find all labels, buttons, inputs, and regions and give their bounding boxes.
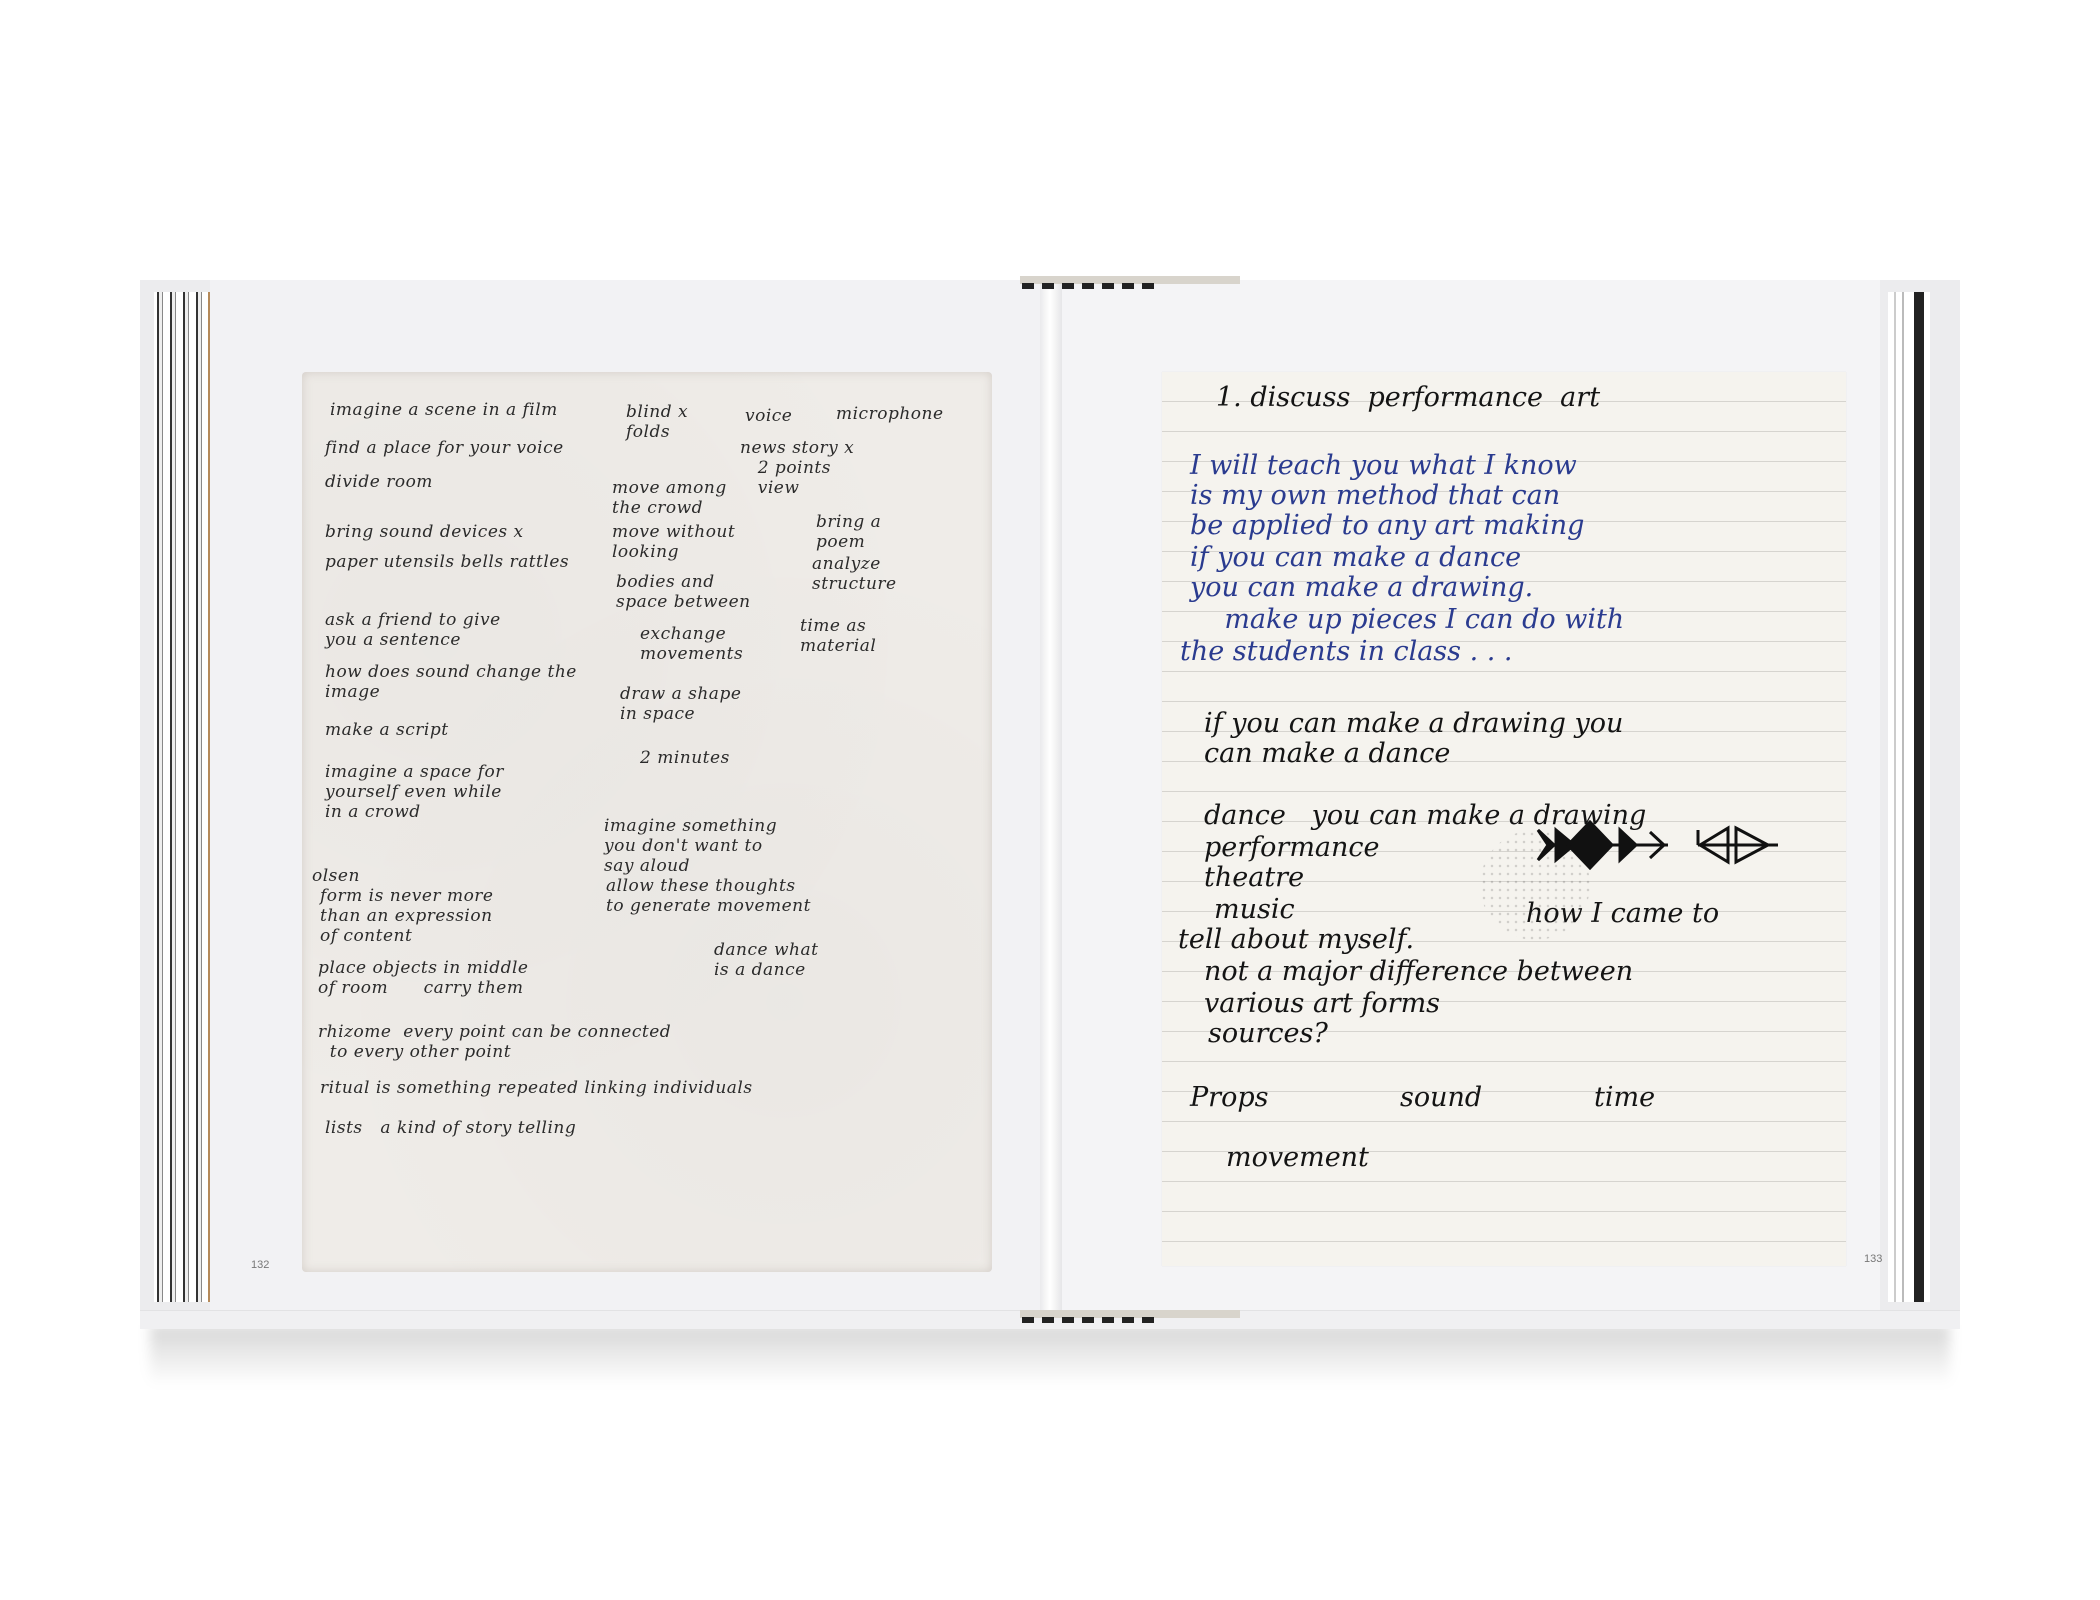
book-gutter — [1040, 280, 1062, 1310]
handwritten-line: 1. discuss performance art — [1216, 382, 1600, 413]
handwritten-line: music — [1214, 894, 1295, 925]
book-shadow — [150, 1325, 1950, 1385]
handwritten-line: tell about myself. — [1178, 924, 1414, 955]
handwritten-note: rhizome every point can be connected to … — [318, 1022, 671, 1062]
handwritten-note: analyze structure — [812, 554, 897, 594]
handwritten-note: ritual is something repeated linking ind… — [320, 1078, 753, 1098]
handwritten-note: imagine a space for yourself even while … — [325, 762, 504, 822]
spine-headband-top — [1020, 276, 1240, 284]
handwritten-note: bring a poem — [816, 512, 881, 552]
handwritten-note: move among the crowd — [612, 478, 727, 518]
handwritten-note: 2 minutes — [640, 748, 730, 768]
handwritten-note: draw a shape in space — [620, 684, 741, 724]
handwritten-line: make up pieces I can do with — [1190, 604, 1624, 635]
spine-headband-bottom — [1020, 1310, 1240, 1318]
handwritten-line: performance — [1204, 832, 1380, 863]
right-page-edges — [1888, 292, 1930, 1302]
handwritten-note: dance what is a dance — [714, 940, 818, 980]
handwritten-line: not a major difference between — [1204, 956, 1633, 987]
handwritten-note: ask a friend to give you a sentence — [325, 610, 501, 650]
handwritten-line: movement — [1226, 1142, 1369, 1173]
handwritten-line: the students in class . . . — [1180, 636, 1513, 667]
handwritten-line: sources? — [1208, 1018, 1328, 1049]
handwritten-line: be applied to any art making — [1190, 510, 1584, 541]
handwritten-line: sound — [1400, 1082, 1482, 1113]
left-page-edges — [154, 292, 212, 1302]
handwritten-line: theatre — [1204, 862, 1304, 893]
handwritten-note: bring sound devices x — [325, 522, 524, 542]
handwritten-line: Props — [1190, 1082, 1268, 1113]
page-number-left: 132 — [251, 1259, 269, 1271]
handwritten-note: olsen — [312, 866, 360, 886]
handwritten-note: form is never more than an expression of… — [320, 886, 494, 946]
handwritten-note: microphone — [836, 404, 944, 424]
handwritten-note: place objects in middle of room carry th… — [318, 958, 528, 998]
handwritten-line: if you can make a dance — [1190, 542, 1521, 573]
handwritten-note: divide room — [325, 472, 433, 492]
handwritten-note: voice — [745, 406, 792, 426]
handwritten-line: you can make a drawing. — [1190, 572, 1533, 603]
handwritten-note: move without looking — [612, 522, 735, 562]
page-number-right: 133 — [1864, 1253, 1882, 1265]
handwritten-line: can make a dance — [1204, 738, 1450, 769]
handwritten-note: find a place for your voice — [325, 438, 564, 458]
handwritten-line: if you can make a drawing you — [1204, 708, 1623, 739]
handwritten-note: news story x 2 points view — [740, 438, 854, 498]
handwritten-note: allow these thoughts to generate movemen… — [606, 876, 811, 916]
handwritten-note: bodies and space between — [616, 572, 751, 612]
handwritten-note: time as material — [800, 616, 876, 656]
handwritten-line: I will teach you what I know — [1190, 450, 1577, 481]
handwritten-line: is my own method that can — [1190, 480, 1560, 511]
handwritten-note: how does sound change the image — [325, 662, 577, 702]
handwritten-line: various art forms — [1204, 988, 1440, 1019]
handwritten-note: blind x folds — [626, 402, 688, 442]
handwritten-note: imagine something you don't want to say … — [604, 816, 777, 876]
handwritten-line: dance you can make a drawing — [1204, 800, 1646, 831]
handwritten-line: time — [1594, 1082, 1655, 1113]
handwritten-note: paper utensils bells rattles — [325, 552, 569, 572]
handwritten-note: make a script — [325, 720, 449, 740]
handwritten-note: exchange movements — [640, 624, 743, 664]
handwritten-note: lists a kind of story telling — [325, 1118, 576, 1138]
handwritten-line: how I came to — [1526, 898, 1719, 929]
handwritten-note: imagine a scene in a film — [330, 400, 558, 420]
